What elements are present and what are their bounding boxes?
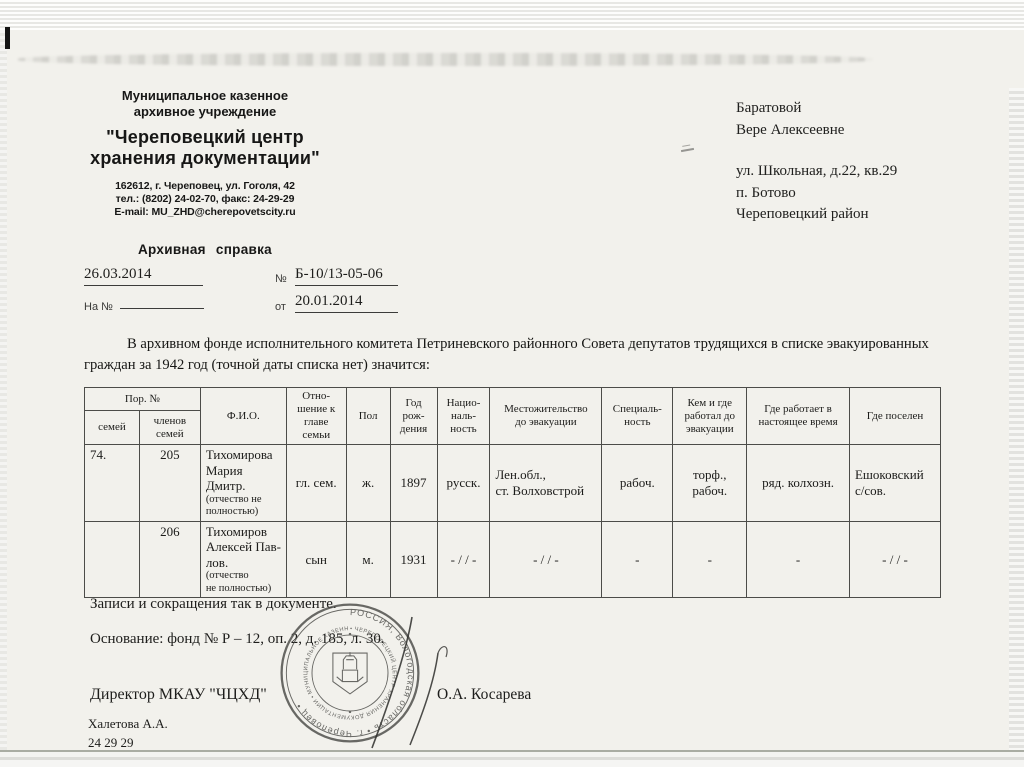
cell-nationality: русск. [437, 445, 490, 522]
addressee-street: ул. Школьная, д.22, кв.29 [736, 161, 897, 183]
cell-fio: Тихомирова Мария Дмитр.(отчество не полн… [200, 445, 286, 522]
addressee-gap [736, 141, 897, 161]
cell-birth-year: 1931 [390, 521, 437, 598]
addressee-settlement: п. Ботово [736, 183, 897, 205]
header-families: семей [85, 411, 140, 445]
cell-works-now: ряд. колхозн. [747, 445, 850, 522]
cell-nationality: - / / - [437, 521, 490, 598]
cell-worked-before: торф., рабоч. [673, 445, 747, 522]
cell-settled: Ешоковский с/сов. [849, 445, 940, 522]
number-sign-label: № [275, 273, 287, 285]
addressee-name: Вере Алексеевне [736, 120, 897, 142]
org-phone: тел.: (8202) 24-02-70, факс: 24-29-29 [40, 193, 370, 206]
header-worked-before: Кем и где работал до эвакуации [673, 388, 747, 445]
header-birth-year: Год рож- дения [390, 388, 437, 445]
header-works-now: Где работает в настоящее время [747, 388, 850, 445]
cell-family-no [85, 521, 140, 598]
org-email: E-mail: MU_ZHD@cherepovetscity.ru [40, 206, 370, 219]
issue-date: 26.03.2014 [84, 266, 203, 286]
cell-relation: сын [286, 521, 346, 598]
table-row: 74. 205 Тихомирова Мария Дмитр.(отчество… [85, 445, 941, 522]
scan-edge-left-stripes [0, 30, 7, 752]
cell-works-now: - [747, 521, 850, 598]
scan-edge-right-stripes [1009, 88, 1024, 752]
reference-block: 26.03.2014 № Б-10/13-05-06 На № от 20.01… [84, 266, 414, 326]
executor-name: Халетова А.А. [88, 716, 168, 732]
header-residence: Местожительство до эвакуации [490, 388, 602, 445]
scan-speck-artifact [681, 148, 694, 152]
header-sex: Пол [346, 388, 390, 445]
evacuees-table: Пор. № Ф.И.О. Отно- шение к главе семьи … [84, 387, 941, 598]
header-specialty: Специаль- ность [602, 388, 673, 445]
certificate-body-paragraph: В архивном фонде исполнительного комитет… [84, 334, 950, 376]
cell-relation: гл. сем. [286, 445, 346, 522]
fio-name: Тихомиров Алексей Пав- лов. [206, 524, 281, 570]
addressee-block: Баратовой Вере Алексеевне ул. Школьная, … [736, 98, 897, 226]
certificate-number: Б-10/13-05-06 [295, 266, 398, 286]
org-type-line2: архивное учреждение [40, 104, 370, 120]
header-serial-number: Пор. № [85, 388, 201, 411]
cell-family-no: 74. [85, 445, 140, 522]
header-settled: Где поселен [849, 388, 940, 445]
text-cursor-mark [5, 27, 10, 49]
handwritten-signature [350, 605, 460, 755]
in-reply-to-label: На № [84, 301, 113, 313]
addressee-district: Череповецкий район [736, 204, 897, 226]
scan-edge-bottom-band [0, 750, 1024, 767]
cell-sex: м. [346, 521, 390, 598]
director-title: Директор МКАУ "ЧЦХД" [90, 686, 267, 704]
scan-smudge-artifact [18, 53, 873, 66]
header-relation: Отно- шение к главе семьи [286, 388, 346, 445]
table-row: 206 Тихомиров Алексей Пав- лов.(отчество… [85, 521, 941, 598]
cell-settled: - / / - [849, 521, 940, 598]
executor-phone: 24 29 29 [88, 735, 134, 751]
fio-name: Тихомирова Мария Дмитр. [206, 447, 273, 493]
cell-residence: Лен.обл., ст. Волховстрой [490, 445, 602, 522]
in-reply-to-blank [120, 288, 204, 309]
header-family-members: членов семей [139, 411, 200, 445]
from-label: от [275, 301, 286, 313]
org-name-line2: хранения документации" [40, 148, 370, 169]
addressee-surname: Баратовой [736, 98, 897, 120]
table-header-row-1: Пор. № Ф.И.О. Отно- шение к главе семьи … [85, 388, 941, 411]
header-fio: Ф.И.О. [200, 388, 286, 445]
letterhead: Муниципальное казенное архивное учрежден… [40, 88, 370, 257]
cell-member-no: 206 [139, 521, 200, 598]
request-date: 20.01.2014 [295, 293, 398, 313]
fio-note: (отчество не полностью) [206, 494, 283, 519]
cell-sex: ж. [346, 445, 390, 522]
header-nationality: Нацио- наль- ность [437, 388, 490, 445]
scan-edge-top-stripes [0, 0, 1024, 30]
scanned-archival-certificate: Муниципальное казенное архивное учрежден… [0, 0, 1024, 767]
org-type-line1: Муниципальное казенное [40, 88, 370, 104]
cell-birth-year: 1897 [390, 445, 437, 522]
cell-member-no: 205 [139, 445, 200, 522]
fio-note: (отчество не полностью) [206, 570, 283, 595]
org-address: 162612, г. Череповец, ул. Гоголя, 42 [40, 180, 370, 193]
cell-worked-before: - [673, 521, 747, 598]
document-type-title: Архивная справка [40, 242, 370, 257]
cell-fio: Тихомиров Алексей Пав- лов.(отчество не … [200, 521, 286, 598]
org-name-line1: "Череповецкий центр [40, 127, 370, 148]
cell-specialty: рабоч. [602, 445, 673, 522]
cell-specialty: - [602, 521, 673, 598]
cell-residence: - / / - [490, 521, 602, 598]
